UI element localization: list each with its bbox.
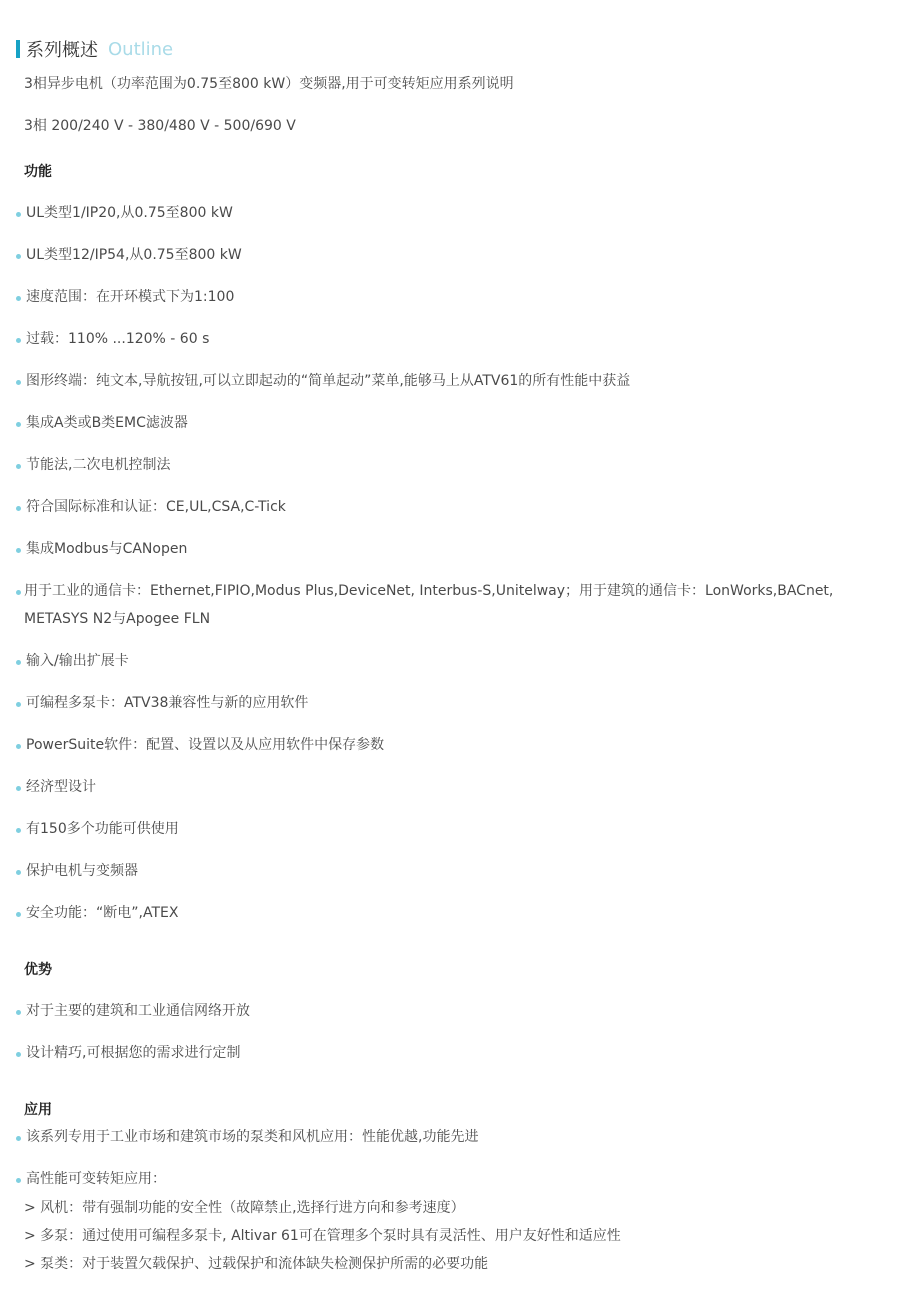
list-item: 安全功能：“断电”,ATEX [16,899,856,927]
functions-heading: 功能 [24,162,52,182]
bullet-icon [16,338,21,343]
intro-voltage: 3相 200/240 V - 380/480 V - 500/690 V [24,116,296,136]
bullet-icon [16,380,21,385]
list-item: 符合国际标准和认证：CE,UL,CSA,C-Tick [16,493,856,521]
list-item: 用于工业的通信卡：Ethernet,FIPIO,Modus Plus,Devic… [16,577,844,633]
bullet-icon [16,1178,21,1183]
title-cn: 系列概述 [26,36,98,62]
bullet-icon [16,1052,21,1057]
bullet-icon [16,1010,21,1015]
list-item: 过载：110% ...120% - 60 s [16,325,856,353]
list-item: 节能法,二次电机控制法 [16,451,856,479]
list-item: 对于主要的建筑和工业通信网络开放 [16,997,856,1025]
bullet-icon [16,590,21,595]
bullet-icon [16,296,21,301]
list-item: 输入/输出扩展卡 [16,647,856,675]
bullet-icon [16,660,21,665]
bullet-icon [16,464,21,469]
intro-description: 3相异步电机（功率范围为0.75至800 kW）变频器,用于可变转矩应用系列说明 [24,74,514,94]
title-accent-bar [16,40,20,58]
bullet-icon [16,702,21,707]
list-item: 图形终端：纯文本,导航按钮,可以立即起动的“简单起动”菜单,能够马上从ATV61… [16,367,856,395]
bullet-icon [16,506,21,511]
bullet-icon [16,786,21,791]
advantages-heading: 优势 [24,960,52,980]
list-item: 可编程多泵卡：ATV38兼容性与新的应用软件 [16,689,856,717]
list-item: UL类型1/IP20,从0.75至800 kW [16,199,856,227]
bullet-icon [16,828,21,833]
list-item: 速度范围：在开环模式下为1:100 [16,283,856,311]
sub-item-pumps: > 泵类：对于装置欠载保护、过载保护和流体缺失检测保护所需的必要功能 [24,1254,488,1274]
sub-item-multipump: > 多泵：通过使用可编程多泵卡, Altivar 61可在管理多个泵时具有灵活性… [24,1226,621,1246]
bullet-icon [16,548,21,553]
list-item: UL类型12/IP54,从0.75至800 kW [16,241,856,269]
sub-item-fans: > 风机：带有强制功能的安全性（故障禁止,选择行进方向和参考速度） [24,1198,465,1218]
list-item: 集成A类或B类EMC滤波器 [16,409,856,437]
list-item: PowerSuite软件：配置、设置以及从应用软件中保存参数 [16,731,856,759]
bullet-icon [16,254,21,259]
bullet-icon [16,212,21,217]
applications-heading: 应用 [24,1100,52,1120]
list-item: 设计精巧,可根据您的需求进行定制 [16,1039,856,1067]
bullet-icon [16,1136,21,1141]
list-item: 经济型设计 [16,773,856,801]
list-item: 有150多个功能可供使用 [16,815,856,843]
bullet-icon [16,422,21,427]
list-item: 高性能可变转矩应用： [16,1165,856,1193]
title-en: Outline [108,39,173,60]
list-item: 该系列专用于工业市场和建筑市场的泵类和风机应用：性能优越,功能先进 [16,1123,856,1151]
bullet-icon [16,912,21,917]
list-item: 保护电机与变频器 [16,857,856,885]
bullet-icon [16,744,21,749]
bullet-icon [16,870,21,875]
list-item: 集成Modbus与CANopen [16,535,856,563]
section-title: 系列概述 Outline [16,38,173,60]
